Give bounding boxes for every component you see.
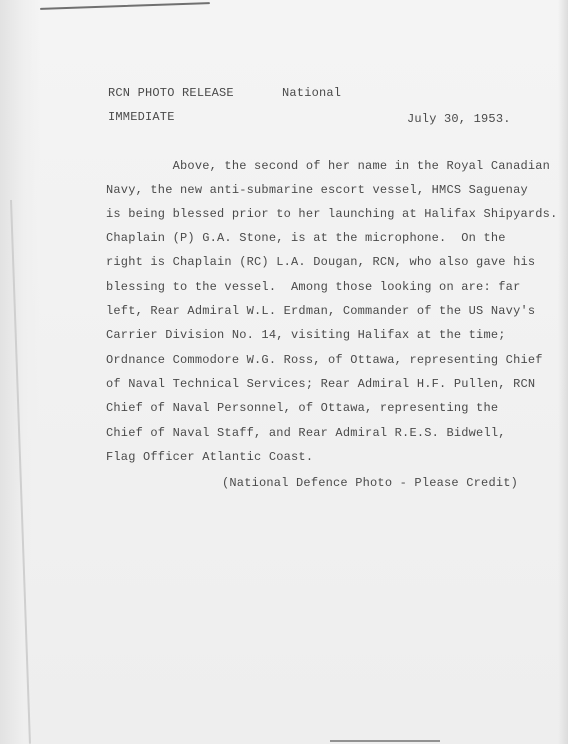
body-line: is being blessed prior to her launching … xyxy=(106,207,557,221)
body-line: Carrier Division No. 14, visiting Halifa… xyxy=(106,328,506,342)
release-label: RCN PHOTO RELEASE xyxy=(108,86,234,100)
body-line: Flag Officer Atlantic Coast. xyxy=(106,450,313,464)
release-scope: National xyxy=(282,86,341,100)
body-line: Above, the second of her name in the Roy… xyxy=(106,159,550,173)
body-line: Ordnance Commodore W.G. Ross, of Ottawa,… xyxy=(106,353,543,367)
body-line: Chaplain (P) G.A. Stone, is at the micro… xyxy=(106,231,506,245)
body-line: Chief of Naval Staff, and Rear Admiral R… xyxy=(106,426,506,440)
body-line: left, Rear Admiral W.L. Erdman, Commande… xyxy=(106,304,535,318)
body-line: Chief of Naval Personnel, of Ottawa, rep… xyxy=(106,401,498,415)
release-priority: IMMEDIATE xyxy=(108,110,175,124)
photo-credit: (National Defence Photo - Please Credit) xyxy=(222,476,518,490)
typewritten-document: RCN PHOTO RELEASE National IMMEDIATE Jul… xyxy=(0,0,568,744)
body-line: of Naval Technical Services; Rear Admira… xyxy=(106,377,535,391)
body-line: right is Chaplain (RC) L.A. Dougan, RCN,… xyxy=(106,255,535,269)
body-line: blessing to the vessel. Among those look… xyxy=(106,280,520,294)
body-line: Navy, the new anti-submarine escort vess… xyxy=(106,183,528,197)
release-date: July 30, 1953. xyxy=(407,112,511,126)
